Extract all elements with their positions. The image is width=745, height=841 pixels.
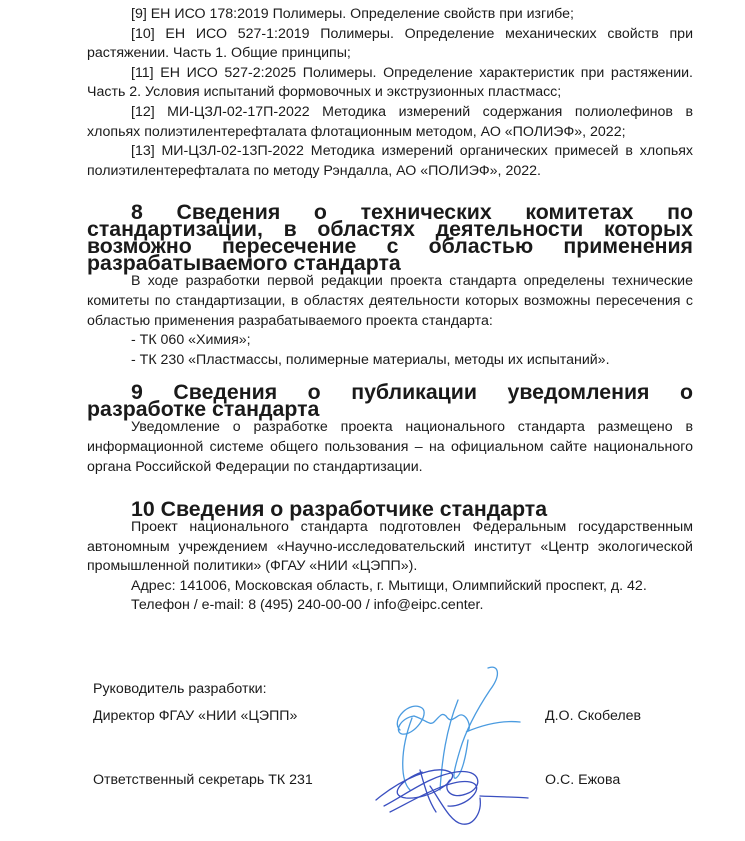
director-title: Директор ФГАУ «НИИ «ЦЭПП» (93, 707, 297, 725)
developer-address: Адрес: 141006, Московская область, г. Мы… (87, 577, 693, 597)
references-list: [9] ЕН ИСО 178:2019 Полимеры. Определени… (87, 5, 693, 181)
secretary-name: О.С. Ежова (545, 771, 620, 789)
section-developer-info: 10 Сведения о разработчике стандарта Про… (87, 501, 693, 616)
section-heading: 8 Сведения о технических комитетах по ст… (87, 204, 693, 272)
committee-item: - ТК 230 «Пластмассы, полимерные материа… (87, 351, 693, 371)
reference-item: [9] ЕН ИСО 178:2019 Полимеры. Определени… (87, 5, 693, 25)
section-body: Уведомление о разработке проекта национа… (87, 418, 693, 477)
reference-item: [11] ЕН ИСО 527-2:2025 Полимеры. Определ… (87, 64, 693, 103)
document-page: [9] ЕН ИСО 178:2019 Полимеры. Определени… (87, 5, 693, 616)
reference-item: [13] МИ-ЦЗЛ-02-13П-2022 Методика измерен… (87, 142, 693, 181)
section-body: В ходе разработки первой редакции проект… (87, 272, 693, 331)
lead-label: Руководитель разработки: (93, 680, 267, 698)
reference-item: [10] ЕН ИСО 527-1:2019 Полимеры. Определ… (87, 25, 693, 64)
section-body: Проект национального стандарта подготовл… (87, 518, 693, 577)
section-heading: 10 Сведения о разработчике стандарта (87, 501, 693, 518)
handwritten-signature-icon (370, 660, 530, 830)
section-heading: 9 Сведения о публикации уведомления о ра… (87, 384, 693, 418)
developer-contact: Телефон / e-mail: 8 (495) 240-00-00 / in… (87, 596, 693, 616)
secretary-title: Ответственный секретарь ТК 231 (93, 771, 313, 789)
director-name: Д.О. Скобелев (545, 707, 641, 725)
section-technical-committees: 8 Сведения о технических комитетах по ст… (87, 204, 693, 370)
section-publication-notice: 9 Сведения о публикации уведомления о ра… (87, 384, 693, 477)
committee-item: - ТК 060 «Химия»; (87, 331, 693, 351)
reference-item: [12] МИ-ЦЗЛ-02-17П-2022 Методика измерен… (87, 103, 693, 142)
